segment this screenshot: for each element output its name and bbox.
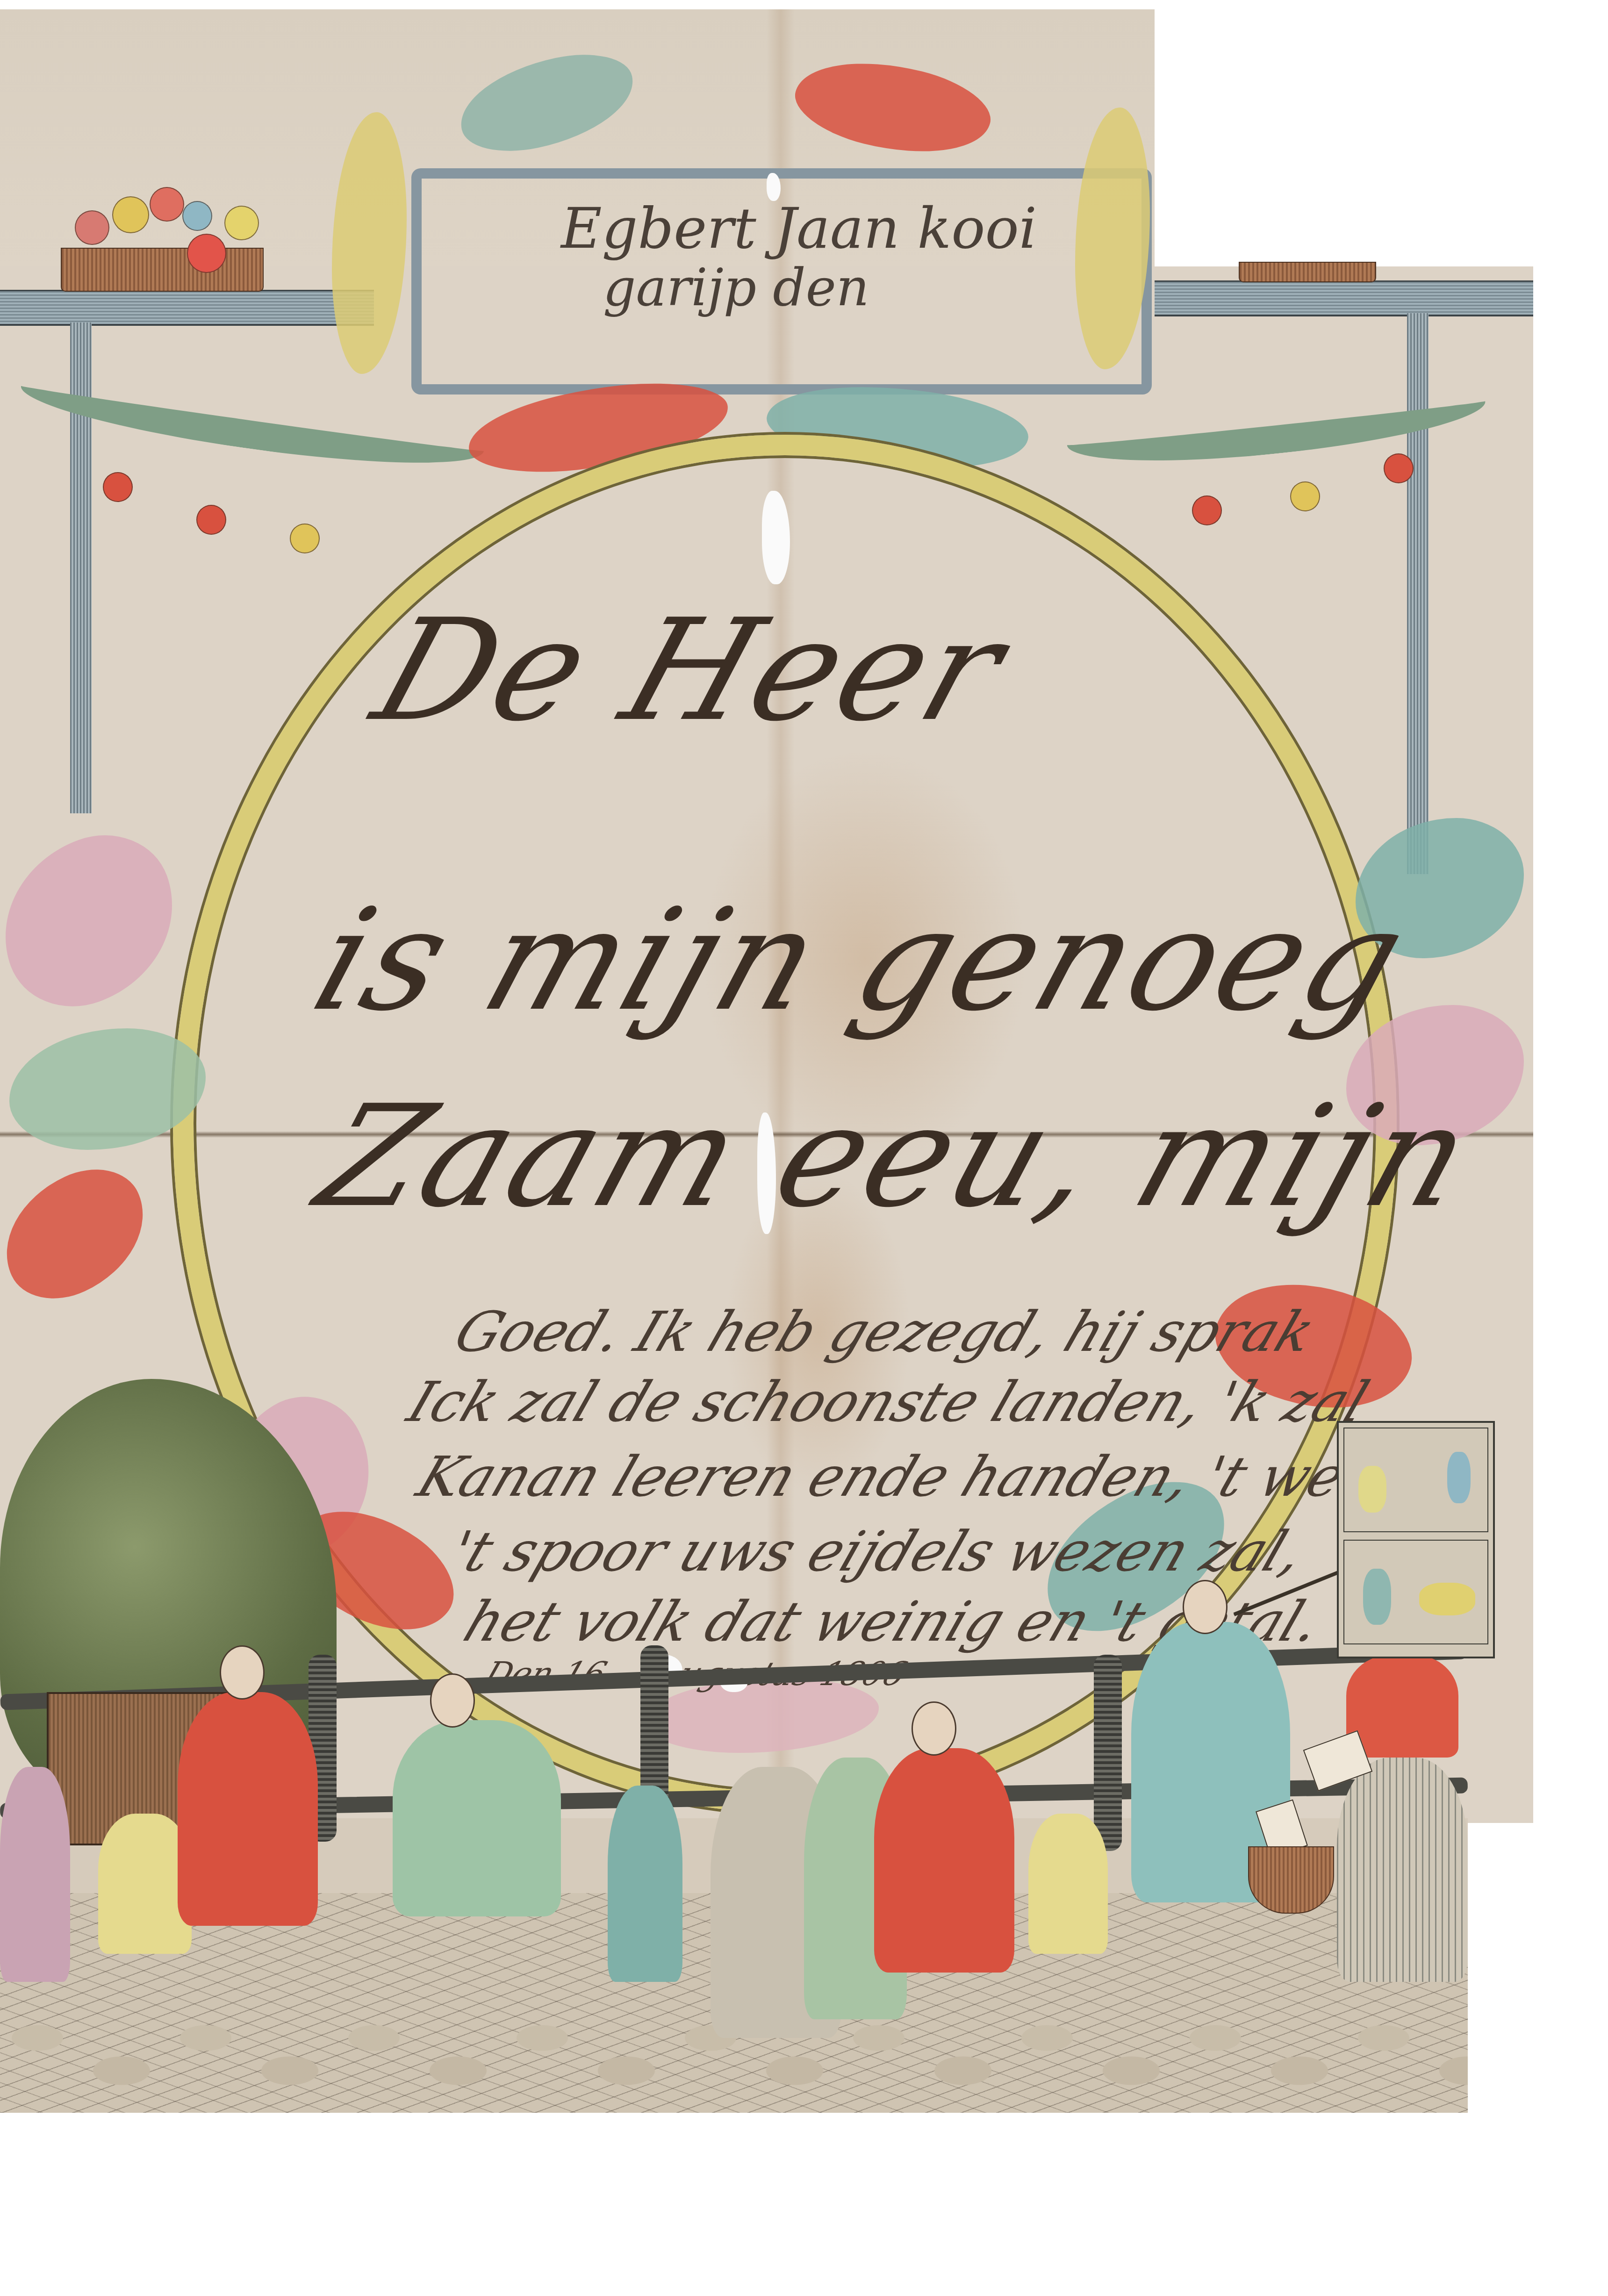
head <box>1183 1580 1228 1634</box>
title-line-3: Zaam eeu, mijn <box>301 1075 1492 1238</box>
flower-icon <box>182 201 212 231</box>
head <box>912 1701 956 1756</box>
banner-panel-serpent <box>1343 1428 1488 1532</box>
small-boy-yellow <box>1028 1814 1108 1954</box>
wicker-basket <box>1248 1846 1334 1914</box>
left-flower-basket <box>61 248 264 292</box>
left-shelf <box>0 290 374 326</box>
woman-pink-bodice <box>0 1767 70 1982</box>
rose-icon <box>103 472 133 502</box>
rose-icon <box>1384 453 1414 483</box>
verse-line-4: 't spoor uws eijdels wezen zal, <box>442 1519 1313 1584</box>
owner-inscription-line2: garijp den <box>603 262 869 313</box>
title-line-2: is mijn genoeg <box>296 879 1426 1042</box>
rose-icon <box>224 206 259 240</box>
verse-line-2: Ick zal de schoonste landen, 'k zal <box>400 1370 1377 1434</box>
rose-icon <box>290 524 320 553</box>
winged-beast <box>1419 1583 1475 1615</box>
rose-icon <box>196 505 226 535</box>
child-blue-coat <box>608 1786 682 1982</box>
woman-checked-skirt <box>1337 1758 1468 1982</box>
rose-icon <box>150 187 184 222</box>
man-red-coat <box>178 1692 318 1926</box>
right-flower-basket <box>1239 262 1376 282</box>
figure-yellow <box>1358 1466 1386 1513</box>
figure-blue <box>1447 1452 1471 1503</box>
rose-icon <box>112 196 149 233</box>
head <box>430 1673 475 1728</box>
rose-icon <box>75 210 109 245</box>
right-shelf <box>1155 280 1533 316</box>
railing-post <box>1094 1655 1122 1851</box>
figure-teal <box>1363 1569 1391 1625</box>
title-line-1: De Heer <box>357 589 1025 752</box>
banner-panel-winged-beast <box>1343 1540 1488 1644</box>
rose-icon <box>1192 495 1222 525</box>
man-red-coat-tricorn <box>874 1748 1014 1973</box>
verse-line-3: Kanan leeren ende handen, 't welk <box>409 1444 1405 1509</box>
rose-icon <box>1290 481 1320 511</box>
rose-icon <box>187 234 226 273</box>
woman-red-bodice <box>1346 1655 1458 1758</box>
owner-inscription-line1: Egbert Jaan kooi <box>561 201 1037 257</box>
show-banner <box>1337 1421 1495 1658</box>
man-green-coat <box>393 1720 561 1916</box>
verse-line-1: Goed. Ik heb gezegd, hij sprak <box>446 1299 1323 1364</box>
head <box>220 1645 265 1700</box>
